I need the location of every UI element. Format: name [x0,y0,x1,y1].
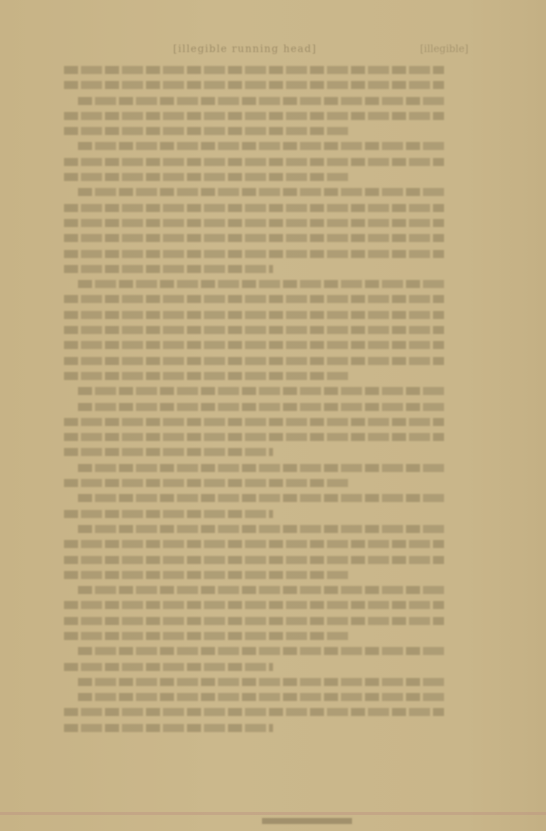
text-line [64,724,273,732]
paragraph-start [78,525,444,533]
paragraph-start [78,387,444,395]
paragraph-start [78,280,444,288]
text-line [64,357,444,365]
text-line [64,81,444,89]
text-line [64,632,349,640]
book-page: [illegible running head] [illegible] [0,0,546,831]
paragraph-start [78,586,444,594]
paragraph-start [78,188,444,196]
text-line [64,219,444,227]
paragraph-start [78,693,444,701]
text-line [64,601,444,609]
page-number: [illegible] [420,44,450,56]
paragraph-start [78,647,444,655]
text-line [64,418,444,426]
text-line [64,617,444,625]
text-line [64,173,349,181]
text-line [64,234,444,242]
text-line [64,479,349,487]
text-line [64,158,444,166]
text-line [64,571,349,579]
text-line [64,510,273,518]
text-line [64,433,444,441]
text-line [64,372,349,380]
text-line [64,250,444,258]
paragraph-start [78,464,444,472]
text-line [64,311,444,319]
paragraph-start [78,142,444,150]
paragraph-start [78,678,444,686]
text-line [64,112,444,120]
paragraph-start [78,403,444,411]
text-line [64,540,444,548]
page-edge [0,812,546,815]
body-text [64,66,444,739]
footer-signature [262,818,352,824]
text-line [64,708,444,716]
text-line [64,663,273,671]
text-line [64,295,444,303]
text-line [64,265,273,273]
running-head: [illegible running head] [170,44,320,56]
text-line [64,556,444,564]
text-line [64,66,444,74]
text-line [64,204,444,212]
text-line [64,341,444,349]
text-line [64,127,349,135]
text-line [64,448,273,456]
paragraph-start [78,97,444,105]
paragraph-start [78,494,444,502]
text-line [64,326,444,334]
